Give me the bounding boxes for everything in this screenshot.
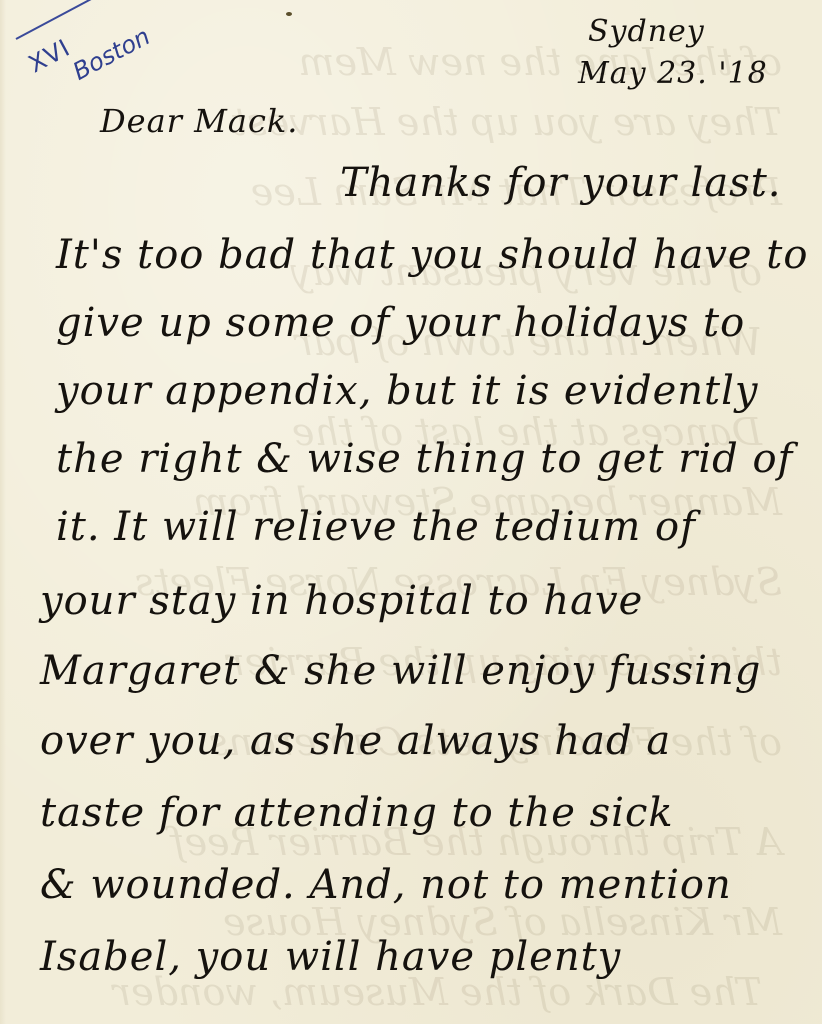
body-line: It's too bad that you should have to bbox=[56, 232, 808, 278]
letter-place: Sydney bbox=[588, 14, 705, 49]
collection-place: Boston bbox=[68, 22, 154, 86]
salutation: Dear Mack. bbox=[100, 102, 298, 140]
body-line: Isabel, you will have plenty bbox=[40, 934, 621, 980]
body-line: your appendix, but it is evidently bbox=[56, 368, 759, 414]
body-line: over you, as she always had a bbox=[40, 718, 671, 764]
ink-speck bbox=[286, 12, 292, 16]
body-line: it. It will relieve the tedium of bbox=[56, 504, 696, 550]
letter-date: May 23. '18 bbox=[578, 56, 768, 91]
bleed-line: They are you up the Harvest bbox=[232, 100, 782, 144]
body-line: your stay in hospital to have bbox=[40, 578, 643, 624]
archival-annotation: XVI Boston bbox=[14, 4, 124, 94]
paper-edge bbox=[0, 0, 6, 1024]
body-line: Margaret & she will enjoy fussing bbox=[40, 648, 761, 694]
body-line: & wounded. And, not to mention bbox=[40, 862, 732, 908]
body-line: the right & wise thing to get rid of bbox=[56, 436, 793, 482]
body-line: Thanks for your last. bbox=[340, 160, 782, 206]
letter-page: of the Jane the new Mem They are you up … bbox=[0, 0, 822, 1024]
folio-number: XVI bbox=[24, 34, 75, 79]
body-line: taste for attending to the sick bbox=[40, 790, 674, 836]
body-line: give up some of your holidays to bbox=[56, 300, 745, 346]
